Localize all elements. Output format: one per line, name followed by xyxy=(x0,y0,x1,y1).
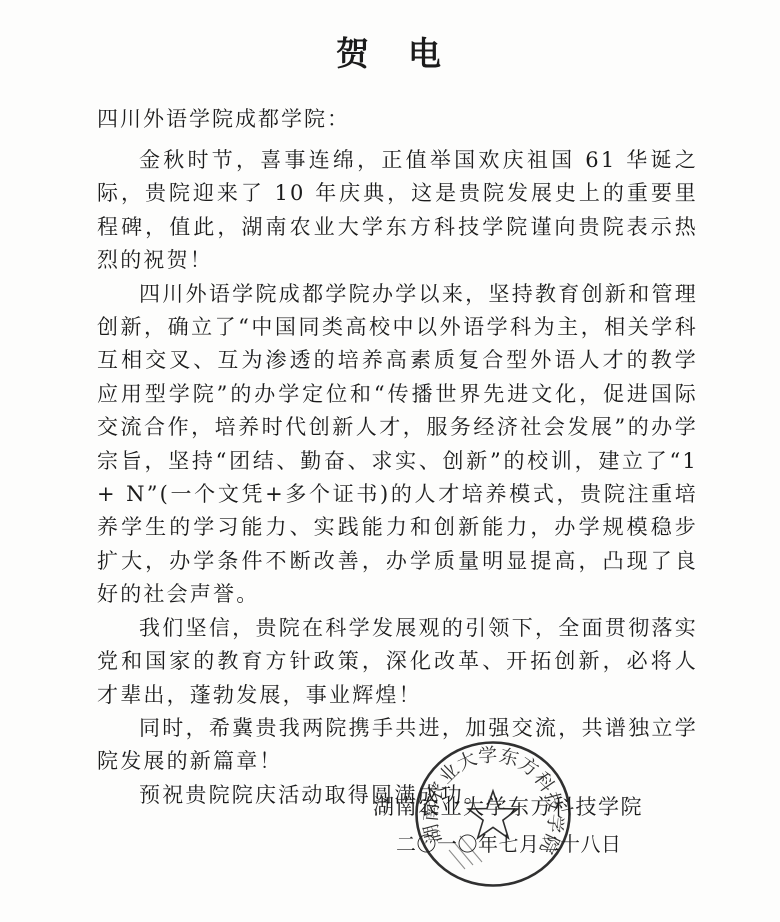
paragraph-greeting: 金秋时节，喜事连绵，正值举国欢庆祖国 61 华诞之际，贵院迎来了 10 年庆典，… xyxy=(97,144,698,278)
salutation: 四川外语学院成都学院： xyxy=(97,103,698,136)
letter-page: 贺 电 四川外语学院成都学院： 金秋时节，喜事连绵，正值举国欢庆祖国 61 华诞… xyxy=(0,0,780,922)
letter-body: 四川外语学院成都学院： 金秋时节，喜事连绵，正值举国欢庆祖国 61 华诞之际，贵… xyxy=(97,103,698,812)
star-icon xyxy=(468,791,517,838)
paragraph-achievements: 四川外语学院成都学院办学以来，坚持教育创新和管理创新，确立了“中国同类高校中以外… xyxy=(97,278,698,612)
seal-smudge xyxy=(449,836,482,869)
letter-title: 贺 电 xyxy=(0,28,780,75)
paragraph-cooperation: 同时，希冀贵我两院携手共进，加强交流，共谱独立学院发展的新篇章！ xyxy=(97,712,698,779)
paragraph-conviction: 我们坚信，贵院在科学发展观的引领下，全面贯彻落实党和国家的教育方针政策，深化改革… xyxy=(97,612,698,712)
official-seal: 湖南农业大学东方科技学院 xyxy=(413,739,573,889)
